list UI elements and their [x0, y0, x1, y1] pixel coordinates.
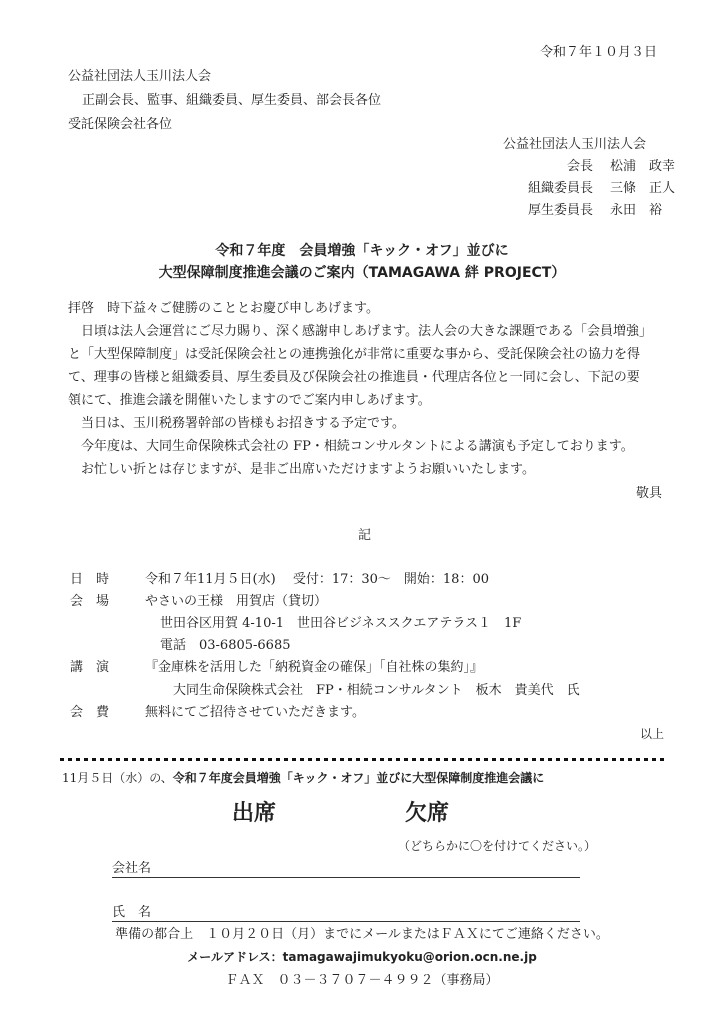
circle-instruction: （どちらかに〇を付けてください。） — [398, 840, 596, 852]
name-label: 氏 名 — [112, 906, 151, 919]
company-field[interactable] — [112, 877, 580, 878]
closing: 敬具 — [636, 487, 662, 500]
sender-name-2: 三條 正人 — [610, 182, 675, 195]
detail-venue-address: 世田谷区用賀 4-10-1 世田谷ビジネススクエアテラス１ 1F — [160, 617, 521, 630]
sender-role-3: 厚生委員長 — [503, 204, 593, 217]
deadline-note: 準備の都合上 １０月２０日（月）までにメールまたはＦＡＸにてご連絡ください。 — [0, 928, 724, 941]
addressee-3: 受託保険会社各位 — [68, 118, 172, 131]
addressee-2: 正副会長、監事、組織委員、厚生委員、部会長各位 — [82, 94, 381, 107]
body-line-7: 今年度は、大同生命保険株式会社の FP・相続コンサルタントによる講演も予定してお… — [68, 440, 634, 453]
sender-org: 公益社団法人玉川法人会 — [503, 138, 646, 151]
body-line-3: と「大型保障制度」は受託保険会社との連携強化が非常に重要な事から、受託保険会社の… — [68, 348, 640, 361]
ijo: 以上 — [640, 728, 664, 740]
letter-date: 令和７年１０月３日 — [540, 46, 657, 59]
email-address: メールアドレス：tamagawajimukyoku@orion.ocn.ne.j… — [0, 951, 724, 963]
absent-option[interactable]: 欠席 — [405, 803, 449, 825]
detail-fee-label: 会 費 — [70, 706, 109, 719]
reply-intro-plain: 11月５日（水）の、 — [62, 771, 173, 785]
detail-venue-phone: 電話 03-6805-6685 — [160, 639, 291, 652]
addressee-1: 公益社団法人玉川法人会 — [68, 70, 211, 83]
title-line-1: 令和７年度 会員増強「キック・オフ」並びに — [0, 244, 724, 258]
sender-role-1: 会長 — [503, 160, 593, 173]
sender-role-2: 組織委員長 — [503, 182, 593, 195]
body-line-5: 領にて、推進会議を開催いたしますのでご案内申しあげます。 — [68, 394, 431, 407]
body-line-6: 当日は、玉川税務署幹部の皆様もお招きする予定です。 — [68, 417, 405, 430]
body-line-8: お忙しい折とは存じますが、是非ご出席いただけますようお願いいたします。 — [68, 463, 535, 476]
sender-name-3: 永田 裕 — [610, 204, 662, 217]
detail-venue-value: やさいの王様 用賀店（貸切） — [145, 595, 327, 608]
fax-number: ＦＡＸ ０３－３７０７－４９９２（事務局） — [0, 974, 724, 987]
sender-name-1: 松浦 政幸 — [610, 160, 675, 173]
ki-heading: 記 — [358, 529, 371, 542]
detail-datetime-value: 令和７年11月５日(水) 受付：17：30～ 開始：18：00 — [145, 573, 489, 586]
cut-line — [60, 758, 666, 761]
detail-fee-value: 無料にてご招待させていただきます。 — [145, 706, 365, 719]
body-line-4: て、理事の皆様と組織委員、厚生委員及び保険会社の推進員・代理店各位と一同に会し、… — [68, 371, 640, 384]
detail-venue-label: 会 場 — [70, 595, 109, 608]
detail-lecture-label: 講 演 — [70, 661, 109, 674]
title-line-2: 大型保障制度推進会議のご案内（TAMAGAWA 絆 PROJECT） — [0, 266, 724, 280]
attend-option[interactable]: 出席 — [232, 803, 276, 825]
body-line-2: 日頃は法人会運営にご尽力賜り、深く感謝申しあげます。法人会の大きな課題である「会… — [68, 325, 652, 338]
body-line-1: 拝啓 時下益々ご健勝のこととお慶び申しあげます。 — [68, 302, 379, 315]
detail-lecture-value: 『金庫株を活用した「納税資金の確保」「自社株の集約」』 — [145, 661, 483, 674]
reply-intro-bold: 令和７年度会員増強「キック・オフ」並びに大型保障制度推進会議に — [173, 771, 544, 785]
reply-intro: 11月５日（水）の、令和７年度会員増強「キック・オフ」並びに大型保障制度推進会議… — [62, 772, 544, 784]
detail-lecture-speaker: 大同生命保険株式会社 FP・相続コンサルタント 板木 貴美代 氏 — [173, 684, 580, 697]
company-label: 会社名 — [112, 862, 151, 875]
detail-datetime-label: 日 時 — [70, 573, 109, 586]
name-field[interactable] — [112, 921, 580, 922]
